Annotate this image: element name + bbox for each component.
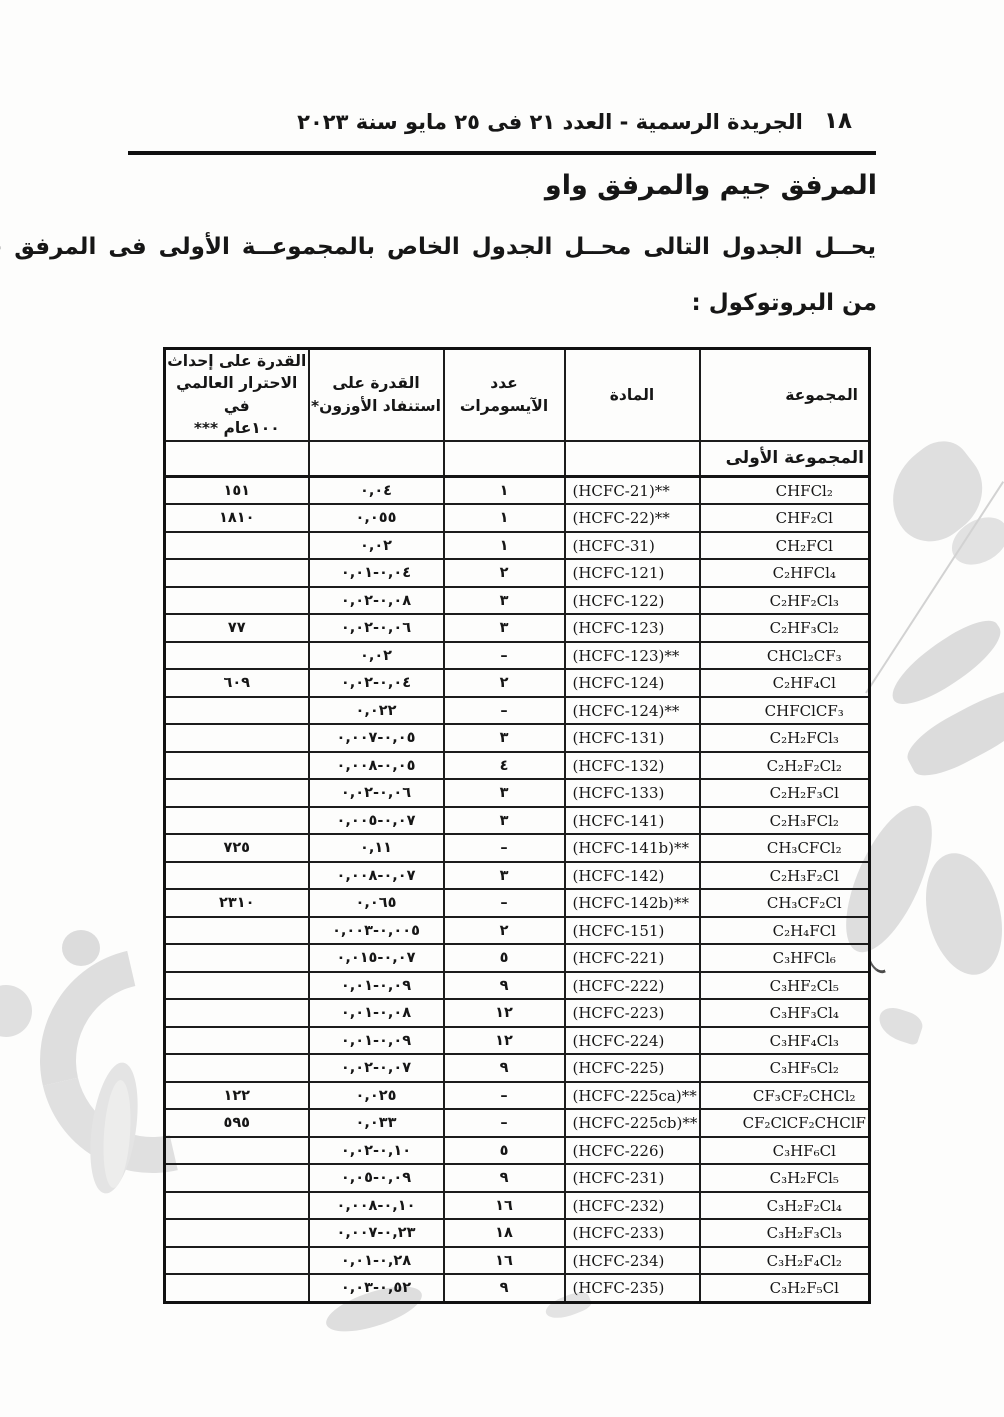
gwp-value-cell: ٧٧ <box>165 614 309 642</box>
substance-code-cell: (HCFC-235) <box>565 1274 700 1302</box>
isomer-count-cell: ١٢ <box>444 1027 565 1055</box>
table-row: C₂HFCl₄ (HCFC-121) ٢ ٠,٠٤-٠,٠١ <box>165 559 870 587</box>
isomer-count-cell: ١٢ <box>444 999 565 1027</box>
table-row: C₂H₃F₂Cl (HCFC-142) ٣ ٠,٠٧-٠,٠٠٨ <box>165 862 870 890</box>
gwp-value-cell <box>165 779 309 807</box>
group-formula-cell: C₃HFCl₆ <box>700 944 870 972</box>
gwp-value-cell <box>165 1247 309 1275</box>
gwp-value-cell: ١٥١ <box>165 476 309 504</box>
isomer-count-cell: ٤ <box>444 752 565 780</box>
isomer-count-cell: ١٦ <box>444 1247 565 1275</box>
watermark-calligraphy-right <box>881 611 1004 716</box>
isomer-count-cell: ٣ <box>444 724 565 752</box>
substance-code-cell: (HCFC-21)** <box>565 476 700 504</box>
gazette-title: الجريدة الرسمية - العدد ٢١ فى ٢٥ مايو سن… <box>250 110 850 134</box>
isomer-count-cell: ٥ <box>444 1137 565 1165</box>
substance-code-cell: (HCFC-124) <box>565 669 700 697</box>
column-header-gwp: القدرة على إحداث الاحترار العالمي في ١٠٠… <box>165 349 309 441</box>
gwp-header-line3: ١٠٠عام *** <box>166 417 308 439</box>
group-formula-cell: C₂H₃FCl₂ <box>700 807 870 835</box>
isomers-header-line1: عدد <box>445 372 564 394</box>
table-row: C₃HF₂Cl₅ (HCFC-222) ٩ ٠,٠٩-٠,٠١ <box>165 972 870 1000</box>
odp-value-cell: ٠,٠٩-٠,٠١ <box>309 972 444 1000</box>
isomer-count-cell: ٣ <box>444 587 565 615</box>
header-rule <box>128 151 876 155</box>
odp-value-cell: ٠,٠٩-٠,٠١ <box>309 1027 444 1055</box>
gwp-value-cell <box>165 807 309 835</box>
substance-code-cell: (HCFC-133) <box>565 779 700 807</box>
isomer-count-cell: ١ <box>444 504 565 532</box>
odp-value-cell: ٠,١١ <box>309 834 444 862</box>
group-formula-cell: CHFCl₂ <box>700 476 870 504</box>
column-header-group: المجموعة <box>700 349 870 441</box>
gwp-value-cell <box>165 1164 309 1192</box>
watermark-emblem-wreath <box>83 1060 145 1197</box>
odp-value-cell: ٠,٠٤ <box>309 476 444 504</box>
isomer-count-cell: ١٨ <box>444 1219 565 1247</box>
gwp-value-cell <box>165 642 309 670</box>
group-formula-cell: C₂HF₂Cl₃ <box>700 587 870 615</box>
group-formula-cell: C₃HF₂Cl₅ <box>700 972 870 1000</box>
table-row: CF₃CF₂CHCl₂ (HCFC-225ca)** – ٠,٠٢٥ ١٢٢ <box>165 1082 870 1110</box>
column-header-isomers: عدد الآيسومرات <box>444 349 565 441</box>
isomer-count-cell: ١ <box>444 532 565 560</box>
group-formula-cell: C₂H₂F₂Cl₂ <box>700 752 870 780</box>
table-row: C₂H₃FCl₂ (HCFC-141) ٣ ٠,٠٧-٠,٠٠٥ <box>165 807 870 835</box>
substance-code-cell: (HCFC-224) <box>565 1027 700 1055</box>
odp-header-line2: استنفاد الأوزون* <box>310 395 443 417</box>
group-formula-cell: C₂H₂FCl₃ <box>700 724 870 752</box>
isomer-count-cell: ٩ <box>444 1164 565 1192</box>
gwp-value-cell <box>165 532 309 560</box>
watermark-emblem-dot <box>62 930 100 966</box>
gwp-value-cell: ٧٢٥ <box>165 834 309 862</box>
isomer-count-cell: ٢ <box>444 559 565 587</box>
group-formula-cell: CH₃CFCl₂ <box>700 834 870 862</box>
odp-value-cell: ٠,٠٦-٠,٠٢ <box>309 614 444 642</box>
table-row: C₂H₂F₃Cl (HCFC-133) ٣ ٠,٠٦-٠,٠٢ <box>165 779 870 807</box>
odp-value-cell: ٠,٠٨-٠,٠٢ <box>309 587 444 615</box>
isomer-count-cell: ١ <box>444 476 565 504</box>
odp-value-cell: ٠,٠٦-٠,٠٢ <box>309 779 444 807</box>
odp-value-cell: ٠,٠٩-٠,٠٥ <box>309 1164 444 1192</box>
gwp-value-cell <box>165 697 309 725</box>
odp-value-cell: ٠,٠٢ <box>309 642 444 670</box>
odp-value-cell: ٠,٠٥٥ <box>309 504 444 532</box>
table-row: CHCl₂CF₃ (HCFC-123)** – ٠,٠٢ <box>165 642 870 670</box>
table-row: CHFClCF₃ (HCFC-124)** – ٠,٠٢٢ <box>165 697 870 725</box>
group-formula-cell: C₃H₂F₅Cl <box>700 1274 870 1302</box>
isomer-count-cell: ٩ <box>444 1054 565 1082</box>
group-formula-cell: C₂HF₄Cl <box>700 669 870 697</box>
table-header-row: المجموعة المادة عدد الآيسومرات القدرة عل… <box>165 349 870 441</box>
table-row: C₃H₂F₂Cl₄ (HCFC-232) ١٦ ٠,١٠-٠,٠٠٨ <box>165 1192 870 1220</box>
substance-code-cell: (HCFC-121) <box>565 559 700 587</box>
group-formula-cell: C₃H₂FCl₅ <box>700 1164 870 1192</box>
substance-code-cell: (HCFC-141b)** <box>565 834 700 862</box>
odp-value-cell: ٠,١٠-٠,٠٠٨ <box>309 1192 444 1220</box>
intro-text-line1: يحــل الجدول التالى محــل الجدول الخاص ب… <box>128 234 876 260</box>
odp-value-cell: ٠,٠٧-٠,٠١٥ <box>309 944 444 972</box>
substance-code-cell: (HCFC-124)** <box>565 697 700 725</box>
table-row: C₃H₂FCl₅ (HCFC-231) ٩ ٠,٠٩-٠,٠٥ <box>165 1164 870 1192</box>
group-formula-cell: C₂HFCl₄ <box>700 559 870 587</box>
substance-code-cell: (HCFC-142) <box>565 862 700 890</box>
gwp-value-cell: ١٨١٠ <box>165 504 309 532</box>
odp-value-cell: ٠,٢٨-٠,٠١ <box>309 1247 444 1275</box>
column-header-odp: القدرة على استنفاد الأوزون* <box>309 349 444 441</box>
gwp-value-cell: ٦٠٩ <box>165 669 309 697</box>
odp-value-cell: ٠,٠٢٥ <box>309 1082 444 1110</box>
gwp-value-cell <box>165 1027 309 1055</box>
substance-code-cell: (HCFC-151) <box>565 917 700 945</box>
group-formula-cell: C₃HF₄Cl₃ <box>700 1027 870 1055</box>
isomer-count-cell: ٣ <box>444 807 565 835</box>
empty-cell <box>565 441 700 477</box>
table-row: CHF₂Cl (HCFC-22)** ١ ٠,٠٥٥ ١٨١٠ <box>165 504 870 532</box>
table-row: C₂H₂FCl₃ (HCFC-131) ٣ ٠,٠٥-٠,٠٠٧ <box>165 724 870 752</box>
isomer-count-cell: ٣ <box>444 779 565 807</box>
odp-value-cell: ٠,٠٧-٠,٠٢ <box>309 1054 444 1082</box>
group-formula-cell: C₃H₂F₃Cl₃ <box>700 1219 870 1247</box>
table-row: C₃HF₃Cl₄ (HCFC-223) ١٢ ٠,٠٨-٠,٠١ <box>165 999 870 1027</box>
gwp-value-cell <box>165 559 309 587</box>
gwp-value-cell <box>165 1137 309 1165</box>
table-row: C₃H₂F₅Cl (HCFC-235) ٩ ٠,٥٢-٠,٠٣ <box>165 1274 870 1302</box>
group-formula-cell: C₂H₄FCl <box>700 917 870 945</box>
substance-code-cell: (HCFC-225ca)** <box>565 1082 700 1110</box>
substance-code-cell: (HCFC-122) <box>565 587 700 615</box>
group-section-label: المجموعة الأولى <box>700 441 870 477</box>
intro-text-line2: من البروتوكول : <box>692 290 877 316</box>
isomer-count-cell: – <box>444 697 565 725</box>
odp-value-cell: ٠,٠٦٥ <box>309 889 444 917</box>
group-formula-cell: CF₂ClCF₂CHClF <box>700 1109 870 1137</box>
isomer-count-cell: – <box>444 1082 565 1110</box>
odp-value-cell: ٠,٠٥-٠,٠٠٨ <box>309 752 444 780</box>
odp-value-cell: ٠,٠٧-٠,٠٠٨ <box>309 862 444 890</box>
group-formula-cell: C₃HF₅Cl₂ <box>700 1054 870 1082</box>
substance-code-cell: (HCFC-231) <box>565 1164 700 1192</box>
watermark-calligraphy-top <box>872 430 1001 557</box>
isomers-header-line2: الآيسومرات <box>445 395 564 417</box>
gwp-value-cell <box>165 999 309 1027</box>
group-formula-cell: CHCl₂CF₃ <box>700 642 870 670</box>
substance-code-cell: (HCFC-31) <box>565 532 700 560</box>
substance-code-cell: (HCFC-232) <box>565 1192 700 1220</box>
group-formula-cell: C₃H₂F₄Cl₂ <box>700 1247 870 1275</box>
table-row: C₃HF₆Cl (HCFC-226) ٥ ٠,١٠-٠,٠٢ <box>165 1137 870 1165</box>
isomer-count-cell: ٣ <box>444 614 565 642</box>
isomer-count-cell: – <box>444 889 565 917</box>
isomer-count-cell: – <box>444 642 565 670</box>
gwp-value-cell <box>165 972 309 1000</box>
gazette-page: ١٨ الجريدة الرسمية - العدد ٢١ فى ٢٥ مايو… <box>0 0 1004 1417</box>
gwp-header-line2: الاحترار العالمي في <box>166 372 308 417</box>
table-row: C₃H₂F₄Cl₂ (HCFC-234) ١٦ ٠,٢٨-٠,٠١ <box>165 1247 870 1275</box>
watermark-calligraphy-right-4 <box>914 845 1004 983</box>
empty-cell <box>165 441 309 477</box>
odp-value-cell: ٠,٠٨-٠,٠١ <box>309 999 444 1027</box>
table-row: C₂HF₃Cl₂ (HCFC-123) ٣ ٠,٠٦-٠,٠٢ ٧٧ <box>165 614 870 642</box>
gwp-value-cell <box>165 917 309 945</box>
table-row: CH₃CF₂Cl (HCFC-142b)** – ٠,٠٦٥ ٢٣١٠ <box>165 889 870 917</box>
group-formula-cell: CH₃CF₂Cl <box>700 889 870 917</box>
gwp-value-cell: ٢٣١٠ <box>165 889 309 917</box>
substance-code-cell: (HCFC-233) <box>565 1219 700 1247</box>
group-formula-cell: CF₃CF₂CHCl₂ <box>700 1082 870 1110</box>
substance-code-cell: (HCFC-22)** <box>565 504 700 532</box>
group-formula-cell: C₂H₃F₂Cl <box>700 862 870 890</box>
substances-table: المجموعة المادة عدد الآيسومرات القدرة عل… <box>163 347 871 1304</box>
watermark-calligraphy-top-2 <box>944 508 1004 574</box>
table-row: CF₂ClCF₂CHClF (HCFC-225cb)** – ٠,٠٣٣ ٥٩٥ <box>165 1109 870 1137</box>
isomer-count-cell: – <box>444 1109 565 1137</box>
gwp-value-cell <box>165 1192 309 1220</box>
group-formula-cell: C₃H₂F₂Cl₄ <box>700 1192 870 1220</box>
odp-value-cell: ٠,٠٧-٠,٠٠٥ <box>309 807 444 835</box>
watermark-diagonal-line <box>865 481 1004 693</box>
isomer-count-cell: ٩ <box>444 972 565 1000</box>
substance-code-cell: (HCFC-222) <box>565 972 700 1000</box>
odp-value-cell: ٠,٠٣٣ <box>309 1109 444 1137</box>
empty-cell <box>444 441 565 477</box>
odp-header-line1: القدرة على <box>310 372 443 394</box>
substance-code-cell: (HCFC-123)** <box>565 642 700 670</box>
table-row: C₂H₄FCl (HCFC-151) ٢ ٠,٠٠٥-٠,٠٠٣ <box>165 917 870 945</box>
substances-tbody: المجموعة الأولى CHFCl₂ (HCFC-21)** ١ ٠,٠… <box>165 441 870 1303</box>
table-row: C₃HF₅Cl₂ (HCFC-225) ٩ ٠,٠٧-٠,٠٢ <box>165 1054 870 1082</box>
substance-code-cell: (HCFC-225) <box>565 1054 700 1082</box>
group-formula-cell: CHF₂Cl <box>700 504 870 532</box>
isomer-count-cell: ٥ <box>444 944 565 972</box>
table-row: C₂HF₂Cl₃ (HCFC-122) ٣ ٠,٠٨-٠,٠٢ <box>165 587 870 615</box>
column-header-substance-label: المادة <box>610 386 654 404</box>
isomer-count-cell: ٩ <box>444 1274 565 1302</box>
gwp-value-cell: ١٢٢ <box>165 1082 309 1110</box>
substance-code-cell: (HCFC-223) <box>565 999 700 1027</box>
odp-value-cell: ٠,٥٢-٠,٠٣ <box>309 1274 444 1302</box>
watermark-emblem-dot-2 <box>0 985 32 1037</box>
substance-code-cell: (HCFC-123) <box>565 614 700 642</box>
table-row: C₃HF₄Cl₃ (HCFC-224) ١٢ ٠,٠٩-٠,٠١ <box>165 1027 870 1055</box>
substance-code-cell: (HCFC-142b)** <box>565 889 700 917</box>
gwp-header-line1: القدرة على إحداث <box>166 350 308 372</box>
column-header-substance: المادة <box>565 349 700 441</box>
watermark-calligraphy-right-5 <box>874 1004 925 1046</box>
group-formula-cell: CH₂FCl <box>700 532 870 560</box>
odp-value-cell: ٠,١٠-٠,٠٢ <box>309 1137 444 1165</box>
odp-value-cell: ٠,٠٤-٠,٠٢ <box>309 669 444 697</box>
watermark-calligraphy-right-2 <box>899 674 1004 786</box>
isomer-count-cell: ٢ <box>444 669 565 697</box>
group-formula-cell: C₂HF₃Cl₂ <box>700 614 870 642</box>
isomer-count-cell: ٢ <box>444 917 565 945</box>
substance-code-cell: (HCFC-226) <box>565 1137 700 1165</box>
gwp-value-cell <box>165 724 309 752</box>
odp-value-cell: ٠,٠٥-٠,٠٠٧ <box>309 724 444 752</box>
substance-code-cell: (HCFC-131) <box>565 724 700 752</box>
empty-cell <box>309 441 444 477</box>
watermark-emblem-wreath-2 <box>100 1079 133 1189</box>
isomer-count-cell: – <box>444 834 565 862</box>
table-row: CHFCl₂ (HCFC-21)** ١ ٠,٠٤ ١٥١ <box>165 476 870 504</box>
table-row: C₂HF₄Cl (HCFC-124) ٢ ٠,٠٤-٠,٠٢ ٦٠٩ <box>165 669 870 697</box>
annex-title: المرفق جيم والمرفق واو <box>545 170 877 201</box>
gwp-value-cell <box>165 944 309 972</box>
gwp-value-cell: ٥٩٥ <box>165 1109 309 1137</box>
table-row: CH₃CFCl₂ (HCFC-141b)** – ٠,١١ ٧٢٥ <box>165 834 870 862</box>
odp-value-cell: ٠,٠٢٢ <box>309 697 444 725</box>
table-row: C₃HFCl₆ (HCFC-221) ٥ ٠,٠٧-٠,٠١٥ <box>165 944 870 972</box>
gwp-value-cell <box>165 587 309 615</box>
isomer-count-cell: ٣ <box>444 862 565 890</box>
substances-table-wrap: المجموعة المادة عدد الآيسومرات القدرة عل… <box>163 347 868 1304</box>
gwp-value-cell <box>165 1219 309 1247</box>
column-header-group-label: المجموعة <box>785 386 858 404</box>
substance-code-cell: (HCFC-141) <box>565 807 700 835</box>
odp-value-cell: ٠,٠٠٥-٠,٠٠٣ <box>309 917 444 945</box>
substance-code-cell: (HCFC-221) <box>565 944 700 972</box>
gwp-value-cell <box>165 1274 309 1302</box>
substance-code-cell: (HCFC-234) <box>565 1247 700 1275</box>
substance-code-cell: (HCFC-225cb)** <box>565 1109 700 1137</box>
table-row: CH₂FCl (HCFC-31) ١ ٠,٠٢ <box>165 532 870 560</box>
substance-code-cell: (HCFC-132) <box>565 752 700 780</box>
group-section-row: المجموعة الأولى <box>165 441 870 477</box>
odp-value-cell: ٠,٠٤-٠,٠١ <box>309 559 444 587</box>
gwp-value-cell <box>165 752 309 780</box>
table-row: C₂H₂F₂Cl₂ (HCFC-132) ٤ ٠,٠٥-٠,٠٠٨ <box>165 752 870 780</box>
group-formula-cell: CHFClCF₃ <box>700 697 870 725</box>
odp-value-cell: ٠,٠٢ <box>309 532 444 560</box>
group-formula-cell: C₂H₂F₃Cl <box>700 779 870 807</box>
group-formula-cell: C₃HF₆Cl <box>700 1137 870 1165</box>
gwp-value-cell <box>165 862 309 890</box>
table-row: C₃H₂F₃Cl₃ (HCFC-233) ١٨ ٠,٢٣-٠,٠٠٧ <box>165 1219 870 1247</box>
odp-value-cell: ٠,٢٣-٠,٠٠٧ <box>309 1219 444 1247</box>
isomer-count-cell: ١٦ <box>444 1192 565 1220</box>
gwp-value-cell <box>165 1054 309 1082</box>
group-formula-cell: C₃HF₃Cl₄ <box>700 999 870 1027</box>
